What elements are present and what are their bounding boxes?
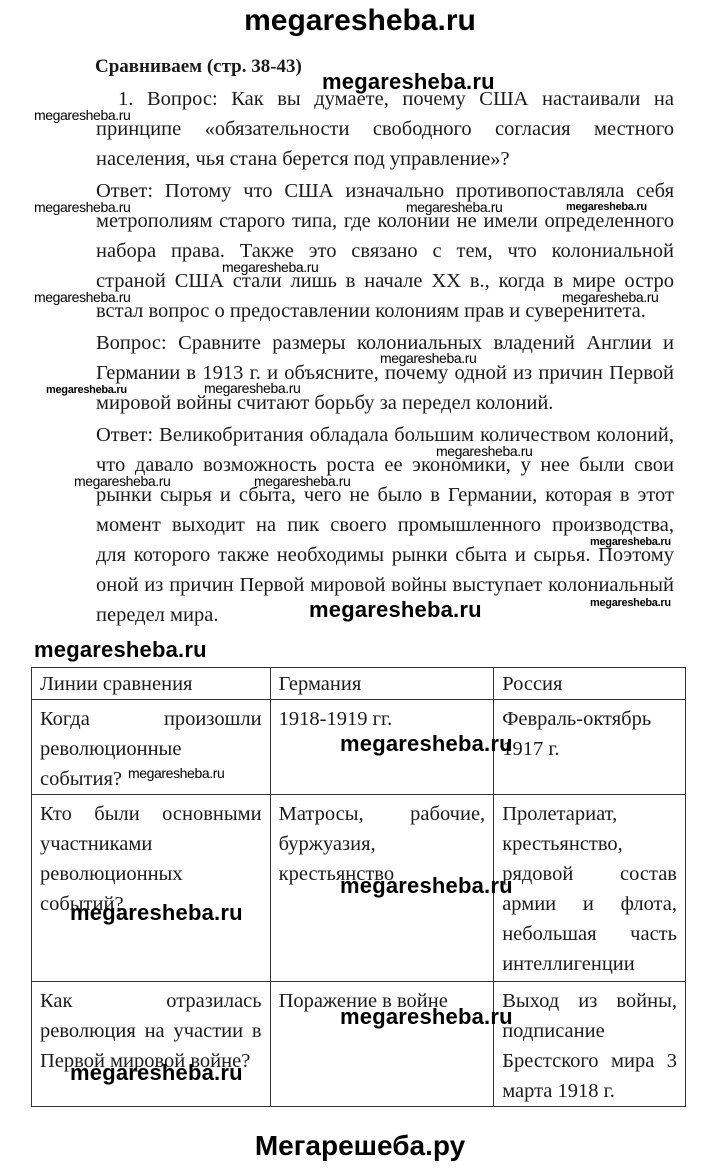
watermark: megaresheba.ru xyxy=(406,199,502,215)
watermark: megaresheba.ru xyxy=(590,597,671,609)
watermark: megaresheba.ru xyxy=(309,597,482,623)
watermark: megaresheba.ru xyxy=(34,107,130,123)
watermark: megaresheba.ru xyxy=(34,199,130,215)
watermark: megaresheba.ru xyxy=(34,637,207,663)
watermark: megaresheba.ru xyxy=(436,443,532,459)
cell-russia: Февраль-октябрь 1917 г. xyxy=(494,700,686,795)
paragraph-line: рынки сырья и сбыта, чего не было в Герм… xyxy=(96,484,674,507)
watermark: megaresheba.ru xyxy=(128,765,224,781)
watermark: megaresheba.ru xyxy=(566,201,647,213)
cell-germany: Поражение в войне xyxy=(270,982,494,1107)
cell-russia: Выход из войны, подписание Брестского ми… xyxy=(494,982,686,1107)
watermark: megaresheba.ru xyxy=(70,1060,243,1086)
header-russia: Россия xyxy=(494,668,686,700)
cell-russia: Пролетариат, крестьянство, рядовой соста… xyxy=(494,795,686,982)
watermark: megaresheba.ru xyxy=(340,731,513,757)
paragraph-line: набора права. Также это связано с тем, ч… xyxy=(96,240,674,263)
watermark: megaresheba.ru xyxy=(222,259,318,275)
cell-criterion: Как отразилась революция на участии в Пе… xyxy=(32,982,271,1107)
watermark: megaresheba.ru xyxy=(70,900,243,926)
paragraph-line: момент выходит на пик своего промышленно… xyxy=(96,514,674,537)
paragraph-line: принципе «обязательности свободного согл… xyxy=(96,118,674,141)
paragraph-line: Ответ: Великобритания обладала большим к… xyxy=(96,424,674,447)
cell-criterion: Кто были основными участниками революцио… xyxy=(32,795,271,982)
paragraph-line: что давало возможность роста ее экономик… xyxy=(96,454,674,477)
header-criterion: Линии сравнения xyxy=(32,668,271,700)
watermark: megaresheba.ru xyxy=(380,350,476,366)
watermark: megaresheba.ru xyxy=(340,873,513,899)
watermark: megaresheba.ru xyxy=(562,289,658,305)
section-heading: Сравниваем (стр. 38-43) xyxy=(95,56,302,78)
paragraph-line: для которого также необходимы рынки сбыт… xyxy=(96,544,674,567)
paragraph-line: передел мира. xyxy=(96,604,218,627)
paragraph-line: метрополиям старого типа, где колонии не… xyxy=(96,210,674,233)
watermark: megaresheba.ru xyxy=(322,69,495,95)
table-row: Как отразилась революция на участии в Пе… xyxy=(32,982,686,1107)
watermark: megaresheba.ru xyxy=(590,536,671,548)
watermark: megaresheba.ru xyxy=(34,289,130,305)
watermark: megaresheba.ru xyxy=(254,473,350,489)
watermark: megaresheba.ru xyxy=(340,1004,513,1030)
table-header-row: Линии сравнения Германия Россия xyxy=(32,668,686,700)
site-watermark-bottom: Мегарешеба.ру xyxy=(0,1130,720,1162)
paragraph-line: оной из причин Первой мировой войны выст… xyxy=(96,574,674,597)
watermark: megaresheba.ru xyxy=(74,473,170,489)
header-germany: Германия xyxy=(270,668,494,700)
paragraph-line: Ответ: Потому что США изначально противо… xyxy=(96,180,674,203)
watermark: megaresheba.ru xyxy=(204,380,300,396)
site-watermark-top: megaresheba.ru xyxy=(0,4,720,38)
paragraph-line: населения, чья стана берется под управле… xyxy=(96,148,510,171)
watermark: megaresheba.ru xyxy=(46,384,127,396)
paragraph-line: мировой войны считают борьбу за передел … xyxy=(96,392,553,415)
